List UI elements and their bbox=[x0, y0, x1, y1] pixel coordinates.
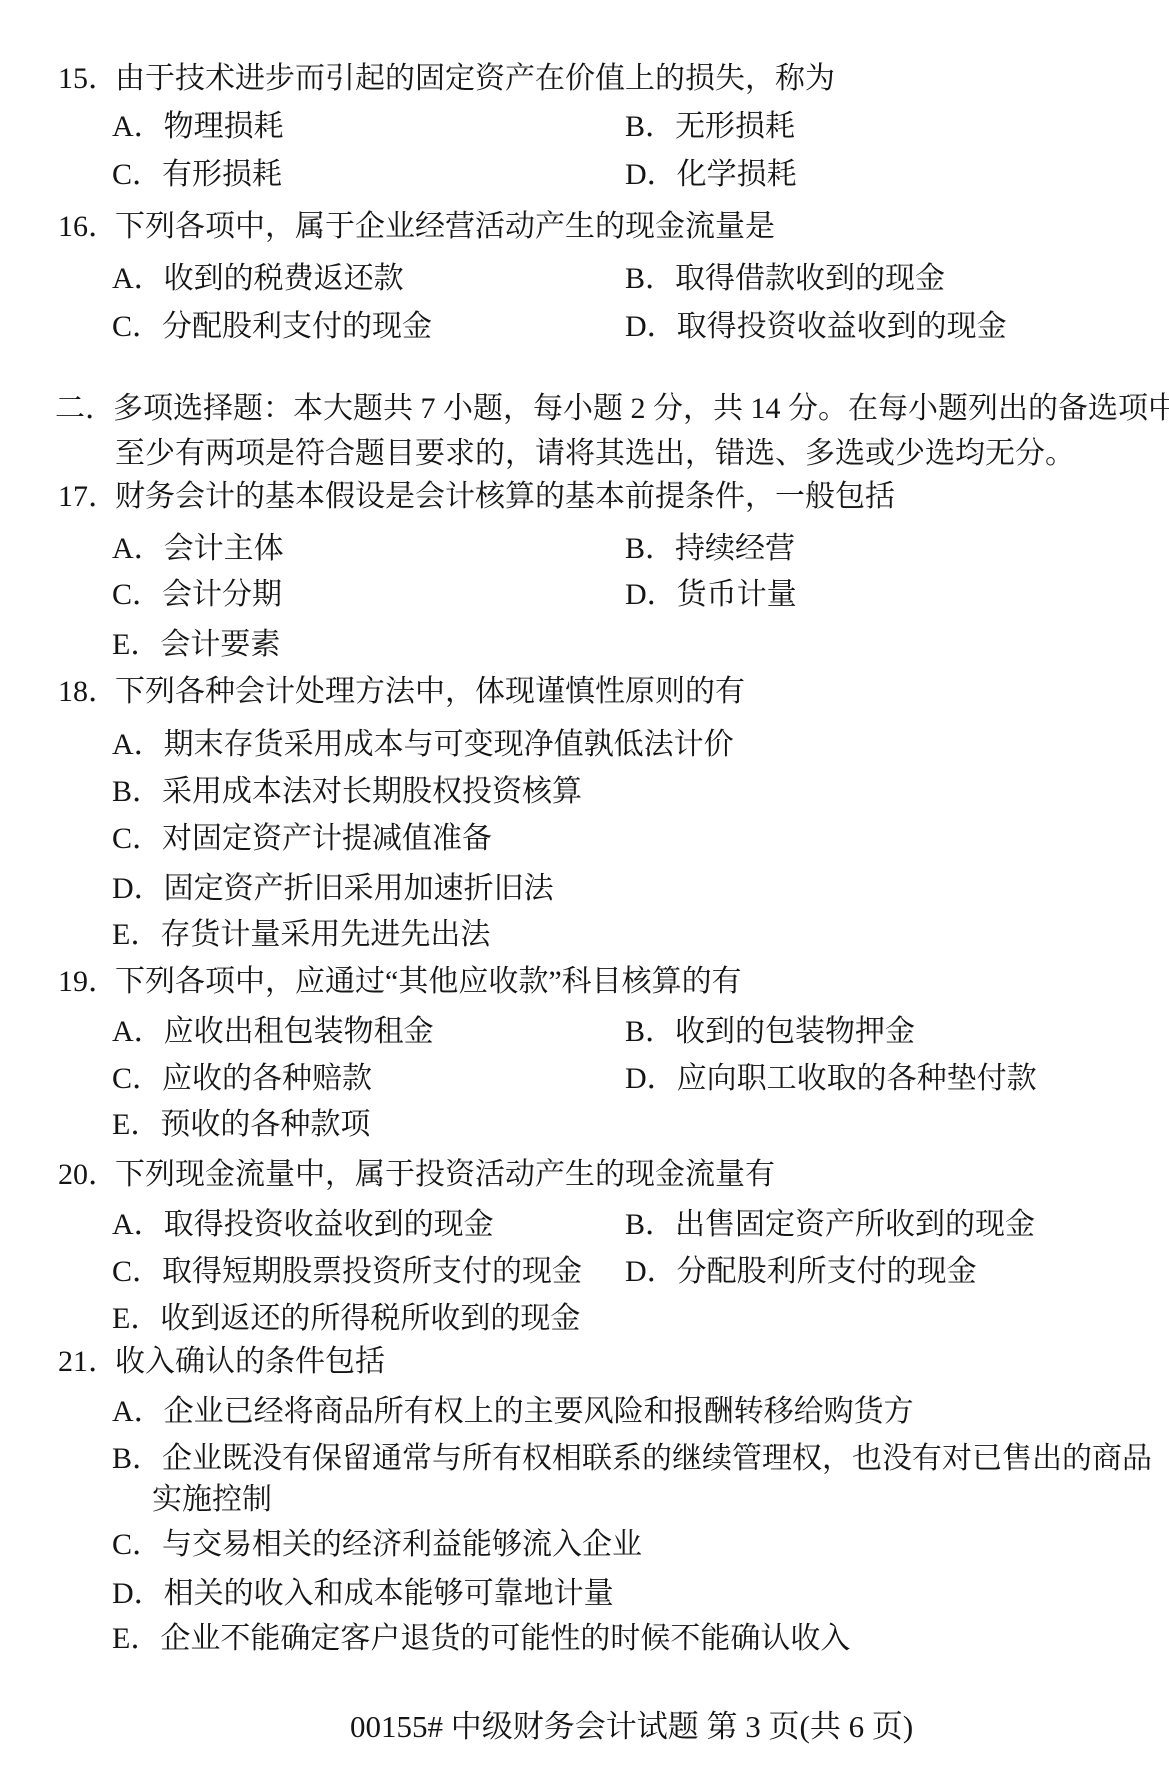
option-label: D． bbox=[625, 310, 677, 343]
question-16-number: 16． bbox=[58, 201, 118, 245]
question-20-options-row-2: C．取得短期股票投资所支付的现金 D．分配股利所支付的现金 bbox=[0, 1246, 1169, 1288]
question-19-option-b: B．收到的包装物押金 bbox=[625, 1006, 915, 1050]
option-text: 收到的包装物押金 bbox=[675, 1015, 915, 1048]
option-text: 物理损耗 bbox=[164, 110, 284, 143]
option-label: A． bbox=[112, 728, 164, 761]
question-20-option-a: A．取得投资收益收到的现金 bbox=[112, 1199, 494, 1243]
question-17-options-row-2: C．会计分期 D．货币计量 bbox=[0, 569, 1169, 611]
option-label: B． bbox=[625, 1015, 675, 1048]
option-label: D． bbox=[625, 578, 677, 611]
option-label: C． bbox=[112, 158, 162, 191]
section-2-instructions-line-2: 至少有两项是符合题目要求的，请将其选出，错选、多选或少选均无分。 bbox=[115, 428, 1075, 472]
option-label: E． bbox=[112, 1622, 160, 1655]
section-2-header-line-2: 至少有两项是符合题目要求的，请将其选出，错选、多选或少选均无分。 bbox=[0, 428, 1169, 470]
option-text: 收到返还的所得税所收到的现金 bbox=[160, 1302, 580, 1335]
question-17: 17． 财务会计的基本假设是会计核算的基本前提条件，一般包括 bbox=[0, 471, 1169, 513]
section-2-instructions-line-1: 多项选择题：本大题共 7 小题，每小题 2 分，共 14 分。在每小题列出的备选… bbox=[113, 383, 1169, 427]
question-20: 20． 下列现金流量中，属于投资活动产生的现金流量有 bbox=[0, 1149, 1169, 1191]
option-text: 化学损耗 bbox=[677, 158, 797, 191]
question-17-option-d: D．货币计量 bbox=[625, 569, 797, 613]
question-18-option-e-row: E．存货计量采用先进先出法 bbox=[0, 909, 1169, 951]
question-21-option-d: D．相关的收入和成本能够可靠地计量 bbox=[112, 1568, 614, 1612]
question-21-option-b-row: B．企业既没有保留通常与所有权相联系的继续管理权，也没有对已售出的商品 bbox=[0, 1433, 1169, 1475]
question-16-option-d: D．取得投资收益收到的现金 bbox=[625, 301, 1007, 345]
question-20-number: 20． bbox=[58, 1149, 118, 1193]
question-18-option-e: E．存货计量采用先进先出法 bbox=[112, 909, 490, 953]
question-17-option-e: E．会计要素 bbox=[112, 619, 280, 663]
question-17-number: 17． bbox=[58, 471, 118, 515]
question-15-options-row-2: C．有形损耗 D．化学损耗 bbox=[0, 149, 1169, 191]
question-21-option-c: C．与交易相关的经济利益能够流入企业 bbox=[112, 1519, 642, 1563]
option-label: C． bbox=[112, 1062, 162, 1095]
option-text: 采用成本法对长期股权投资核算 bbox=[162, 775, 582, 808]
question-21-option-b-continuation: 实施控制 bbox=[152, 1474, 272, 1518]
question-21-option-c-row: C．与交易相关的经济利益能够流入企业 bbox=[0, 1519, 1169, 1561]
question-18-option-a-row: A．期末存货采用成本与可变现净值孰低法计价 bbox=[0, 719, 1169, 761]
question-15: 15． 由于技术进步而引起的固定资产在价值上的损失，称为 bbox=[0, 53, 1169, 95]
option-text: 与交易相关的经济利益能够流入企业 bbox=[162, 1528, 642, 1561]
question-19-option-e-row: E．预收的各种款项 bbox=[0, 1099, 1169, 1141]
option-label: C． bbox=[112, 822, 162, 855]
option-label: C． bbox=[112, 578, 162, 611]
option-text: 应向职工收取的各种垫付款 bbox=[677, 1062, 1037, 1095]
option-label: D． bbox=[625, 1255, 677, 1288]
question-19-text: 下列各项中，应通过“其他应收款”科目核算的有 bbox=[115, 956, 742, 1000]
option-text: 相关的收入和成本能够可靠地计量 bbox=[164, 1577, 614, 1610]
option-text: 固定资产折旧采用加速折旧法 bbox=[164, 872, 554, 905]
question-17-option-a: A．会计主体 bbox=[112, 523, 284, 567]
option-text: 期末存货采用成本与可变现净值孰低法计价 bbox=[164, 728, 734, 761]
option-label: B． bbox=[625, 532, 675, 565]
question-15-number: 15． bbox=[58, 53, 118, 97]
option-label: A． bbox=[112, 1208, 164, 1241]
option-label: B． bbox=[625, 110, 675, 143]
question-19-option-c: C．应收的各种赔款 bbox=[112, 1053, 372, 1097]
option-label: D． bbox=[112, 872, 164, 905]
option-label: B． bbox=[625, 262, 675, 295]
question-16-option-a: A．收到的税费返还款 bbox=[112, 253, 404, 297]
option-label: B． bbox=[112, 775, 162, 808]
question-17-option-b: B．持续经营 bbox=[625, 523, 795, 567]
question-16-options-row-2: C．分配股利支付的现金 D．取得投资收益收到的现金 bbox=[0, 301, 1169, 343]
option-label: E． bbox=[112, 1108, 160, 1141]
option-label: C． bbox=[112, 1255, 162, 1288]
option-text: 企业不能确定客户退货的可能性的时候不能确认收入 bbox=[160, 1622, 850, 1655]
question-20-option-d: D．分配股利所支付的现金 bbox=[625, 1246, 977, 1290]
option-label: B． bbox=[112, 1442, 162, 1475]
option-text: 取得投资收益收到的现金 bbox=[677, 310, 1007, 343]
question-17-options-row-1: A．会计主体 B．持续经营 bbox=[0, 523, 1169, 565]
question-19-options-row-2: C．应收的各种赔款 D．应向职工收取的各种垫付款 bbox=[0, 1053, 1169, 1095]
question-15-option-a: A．物理损耗 bbox=[112, 101, 284, 145]
option-label: C． bbox=[112, 310, 162, 343]
question-19-option-a: A．应收出租包装物租金 bbox=[112, 1006, 434, 1050]
question-18-number: 18． bbox=[58, 666, 118, 710]
question-20-option-b: B．出售固定资产所收到的现金 bbox=[625, 1199, 1035, 1243]
option-label: C． bbox=[112, 1528, 162, 1561]
question-19-number: 19． bbox=[58, 956, 118, 1000]
question-20-option-e: E．收到返还的所得税所收到的现金 bbox=[112, 1293, 580, 1337]
question-19-options-row-1: A．应收出租包装物租金 B．收到的包装物押金 bbox=[0, 1006, 1169, 1048]
question-21-option-d-row: D．相关的收入和成本能够可靠地计量 bbox=[0, 1568, 1169, 1610]
question-21-option-e: E．企业不能确定客户退货的可能性的时候不能确认收入 bbox=[112, 1613, 850, 1657]
question-15-option-c: C．有形损耗 bbox=[112, 149, 282, 193]
question-18-option-b-row: B．采用成本法对长期股权投资核算 bbox=[0, 766, 1169, 808]
option-text: 应收出租包装物租金 bbox=[164, 1015, 434, 1048]
question-21-option-a-row: A．企业已经将商品所有权上的主要风险和报酬转移给购货方 bbox=[0, 1386, 1169, 1428]
question-20-option-e-row: E．收到返还的所得税所收到的现金 bbox=[0, 1293, 1169, 1335]
question-19-option-e: E．预收的各种款项 bbox=[112, 1099, 370, 1143]
option-label: A． bbox=[112, 532, 164, 565]
question-17-text: 财务会计的基本假设是会计核算的基本前提条件，一般包括 bbox=[115, 471, 895, 515]
exam-paper-page: 15． 由于技术进步而引起的固定资产在价值上的损失，称为 A．物理损耗 B．无形… bbox=[0, 0, 1169, 1779]
question-16-option-b: B．取得借款收到的现金 bbox=[625, 253, 945, 297]
option-text: 企业既没有保留通常与所有权相联系的继续管理权，也没有对已售出的商品 bbox=[162, 1442, 1152, 1475]
question-16-options-row-1: A．收到的税费返还款 B．取得借款收到的现金 bbox=[0, 253, 1169, 295]
question-21-option-b: B．企业既没有保留通常与所有权相联系的继续管理权，也没有对已售出的商品 bbox=[112, 1433, 1152, 1477]
question-18-text: 下列各种会计处理方法中，体现谨慎性原则的有 bbox=[115, 666, 745, 710]
option-text: 预收的各种款项 bbox=[160, 1108, 370, 1141]
question-19-option-d: D．应向职工收取的各种垫付款 bbox=[625, 1053, 1037, 1097]
question-18-option-c: C．对固定资产计提减值准备 bbox=[112, 813, 492, 857]
question-21-option-e-row: E．企业不能确定客户退货的可能性的时候不能确认收入 bbox=[0, 1613, 1169, 1655]
question-21-number: 21． bbox=[58, 1336, 118, 1380]
option-label: E． bbox=[112, 1302, 160, 1335]
question-21-text: 收入确认的条件包括 bbox=[115, 1336, 385, 1380]
page-footer: 00155# 中级财务会计试题 第 3 页(共 6 页) bbox=[350, 1701, 913, 1746]
option-text: 无形损耗 bbox=[675, 110, 795, 143]
option-text: 取得短期股票投资所支付的现金 bbox=[162, 1255, 582, 1288]
option-text: 取得投资收益收到的现金 bbox=[164, 1208, 494, 1241]
question-21-option-a: A．企业已经将商品所有权上的主要风险和报酬转移给购货方 bbox=[112, 1386, 914, 1430]
question-16: 16． 下列各项中，属于企业经营活动产生的现金流量是 bbox=[0, 201, 1169, 243]
question-15-text: 由于技术进步而引起的固定资产在价值上的损失，称为 bbox=[115, 53, 835, 97]
option-text: 取得借款收到的现金 bbox=[675, 262, 945, 295]
option-text: 出售固定资产所收到的现金 bbox=[675, 1208, 1035, 1241]
option-label: A． bbox=[112, 1015, 164, 1048]
question-20-text: 下列现金流量中，属于投资活动产生的现金流量有 bbox=[115, 1149, 775, 1193]
option-text: 分配股利支付的现金 bbox=[162, 310, 432, 343]
option-label: B． bbox=[625, 1208, 675, 1241]
question-18-option-c-row: C．对固定资产计提减值准备 bbox=[0, 813, 1169, 855]
option-label: D． bbox=[625, 158, 677, 191]
option-text: 会计要素 bbox=[160, 628, 280, 661]
option-text: 有形损耗 bbox=[162, 158, 282, 191]
option-text: 收到的税费返还款 bbox=[164, 262, 404, 295]
option-text: 会计分期 bbox=[162, 578, 282, 611]
option-text: 货币计量 bbox=[677, 578, 797, 611]
option-label: D． bbox=[112, 1577, 164, 1610]
question-21: 21． 收入确认的条件包括 bbox=[0, 1336, 1169, 1378]
question-21-option-b-continuation-row: 实施控制 bbox=[0, 1474, 1169, 1516]
section-2-number: 二． bbox=[55, 383, 115, 427]
option-label: E． bbox=[112, 918, 160, 951]
option-label: A． bbox=[112, 1395, 164, 1428]
question-20-option-c: C．取得短期股票投资所支付的现金 bbox=[112, 1246, 582, 1290]
question-19: 19． 下列各项中，应通过“其他应收款”科目核算的有 bbox=[0, 956, 1169, 998]
option-label: A． bbox=[112, 110, 164, 143]
question-15-option-d: D．化学损耗 bbox=[625, 149, 797, 193]
option-text: 持续经营 bbox=[675, 532, 795, 565]
option-text: 应收的各种赔款 bbox=[162, 1062, 372, 1095]
option-text: 会计主体 bbox=[164, 532, 284, 565]
question-16-text: 下列各项中，属于企业经营活动产生的现金流量是 bbox=[115, 201, 775, 245]
option-label: E． bbox=[112, 628, 160, 661]
option-text: 企业已经将商品所有权上的主要风险和报酬转移给购货方 bbox=[164, 1395, 914, 1428]
question-18-option-d: D．固定资产折旧采用加速折旧法 bbox=[112, 863, 554, 907]
question-18-option-d-row: D．固定资产折旧采用加速折旧法 bbox=[0, 863, 1169, 905]
question-17-option-c: C．会计分期 bbox=[112, 569, 282, 613]
option-text: 存货计量采用先进先出法 bbox=[160, 918, 490, 951]
question-15-option-b: B．无形损耗 bbox=[625, 101, 795, 145]
question-18-option-b: B．采用成本法对长期股权投资核算 bbox=[112, 766, 582, 810]
option-label: A． bbox=[112, 262, 164, 295]
option-text: 分配股利所支付的现金 bbox=[677, 1255, 977, 1288]
question-20-options-row-1: A．取得投资收益收到的现金 B．出售固定资产所收到的现金 bbox=[0, 1199, 1169, 1241]
question-16-option-c: C．分配股利支付的现金 bbox=[112, 301, 432, 345]
question-17-option-e-row: E．会计要素 bbox=[0, 619, 1169, 661]
question-18: 18． 下列各种会计处理方法中，体现谨慎性原则的有 bbox=[0, 666, 1169, 708]
section-2-header-line-1: 二． 多项选择题：本大题共 7 小题，每小题 2 分，共 14 分。在每小题列出… bbox=[0, 383, 1169, 425]
question-18-option-a: A．期末存货采用成本与可变现净值孰低法计价 bbox=[112, 719, 734, 763]
option-text: 对固定资产计提减值准备 bbox=[162, 822, 492, 855]
question-15-options-row-1: A．物理损耗 B．无形损耗 bbox=[0, 101, 1169, 143]
option-label: D． bbox=[625, 1062, 677, 1095]
